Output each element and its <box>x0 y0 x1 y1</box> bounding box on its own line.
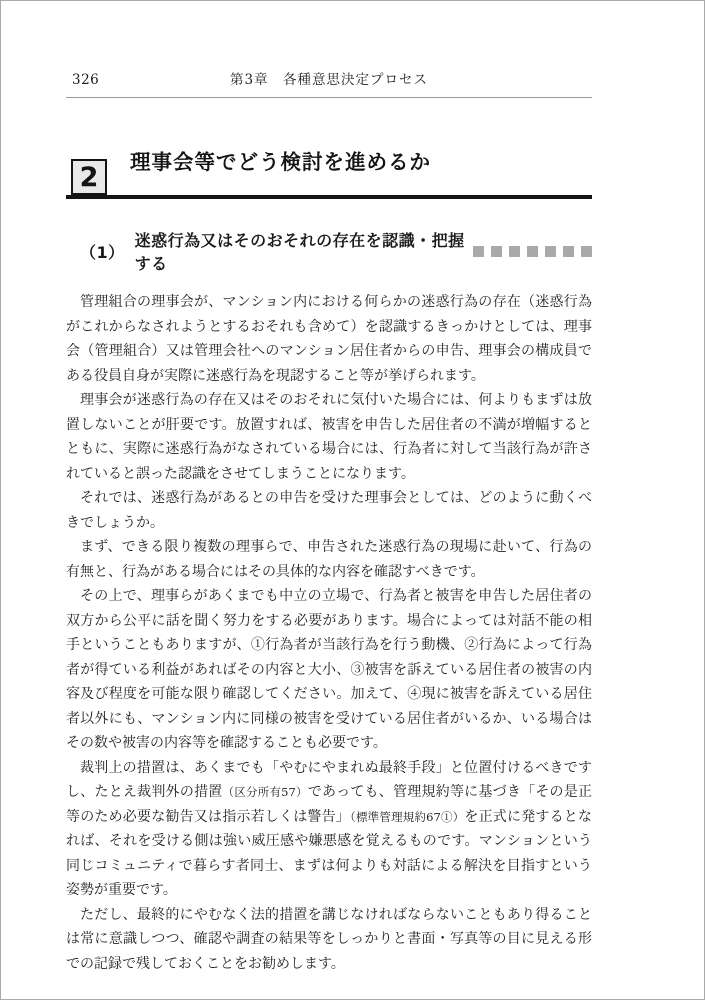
section-number-box: 2 <box>71 159 107 195</box>
marker-square-icon <box>563 246 574 257</box>
law-reference-note: （区分所有57） <box>223 785 308 799</box>
page-content-column: 326 第3章 各種意思決定プロセス 2 理事会等でどう検討を進めるか （1） … <box>66 0 592 976</box>
paragraph-2: 理事会が迷惑行為の存在又はそのおそれに気付いた場合には、何よりもまずは放置しない… <box>66 388 592 486</box>
section-heading: 2 理事会等でどう検討を進めるか <box>66 131 592 199</box>
running-head: 326 第3章 各種意思決定プロセス <box>66 0 592 98</box>
marker-square-icon <box>509 246 520 257</box>
chapter-title: 第3章 各種意思決定プロセス <box>66 68 592 88</box>
marker-square-icon <box>527 246 538 257</box>
subsection-label: （1） <box>80 240 125 263</box>
marker-square-icon <box>581 246 592 257</box>
paragraph-6: 裁判上の措置は、あくまでも「やむにやまれぬ最終手段」と位置付けるべきですし、たと… <box>66 756 592 903</box>
paragraph-5: その上で、理事らがあくまでも中立の立場で、行為者と被害を申告した居住者の双方から… <box>66 584 592 756</box>
paragraph-1: 管理組合の理事会が、マンション内における何らかの迷惑行為の存在（迷惑行為がこれか… <box>66 290 592 388</box>
book-page: 326 第3章 各種意思決定プロセス 2 理事会等でどう検討を進めるか （1） … <box>0 0 705 1000</box>
subsection-heading: （1） 迷惑行為又はそのおそれの存在を認識・把握する <box>66 228 592 274</box>
marker-square-icon <box>473 246 484 257</box>
body-text: 管理組合の理事会が、マンション内における何らかの迷惑行為の存在（迷惑行為がこれか… <box>66 290 592 976</box>
subsection-title: 迷惑行為又はそのおそれの存在を認識・把握する <box>135 228 473 274</box>
standard-rule-reference-note: （標準管理規約67①） <box>350 810 464 824</box>
paragraph-7: ただし、最終的にやむなく法的措置を講じなければならないこともあり得ることは常に意… <box>66 903 592 977</box>
paragraph-3: それでは、迷惑行為があるとの申告を受けた理事会としては、どのように動くべきでしょ… <box>66 486 592 535</box>
section-marker-squares <box>473 246 592 257</box>
marker-square-icon <box>545 246 556 257</box>
paragraph-4: まず、できる限り複数の理事らで、申告された迷惑行為の現場に赴いて、行為の有無と、… <box>66 535 592 584</box>
section-title: 理事会等でどう検討を進めるか <box>130 145 431 182</box>
marker-square-icon <box>491 246 502 257</box>
